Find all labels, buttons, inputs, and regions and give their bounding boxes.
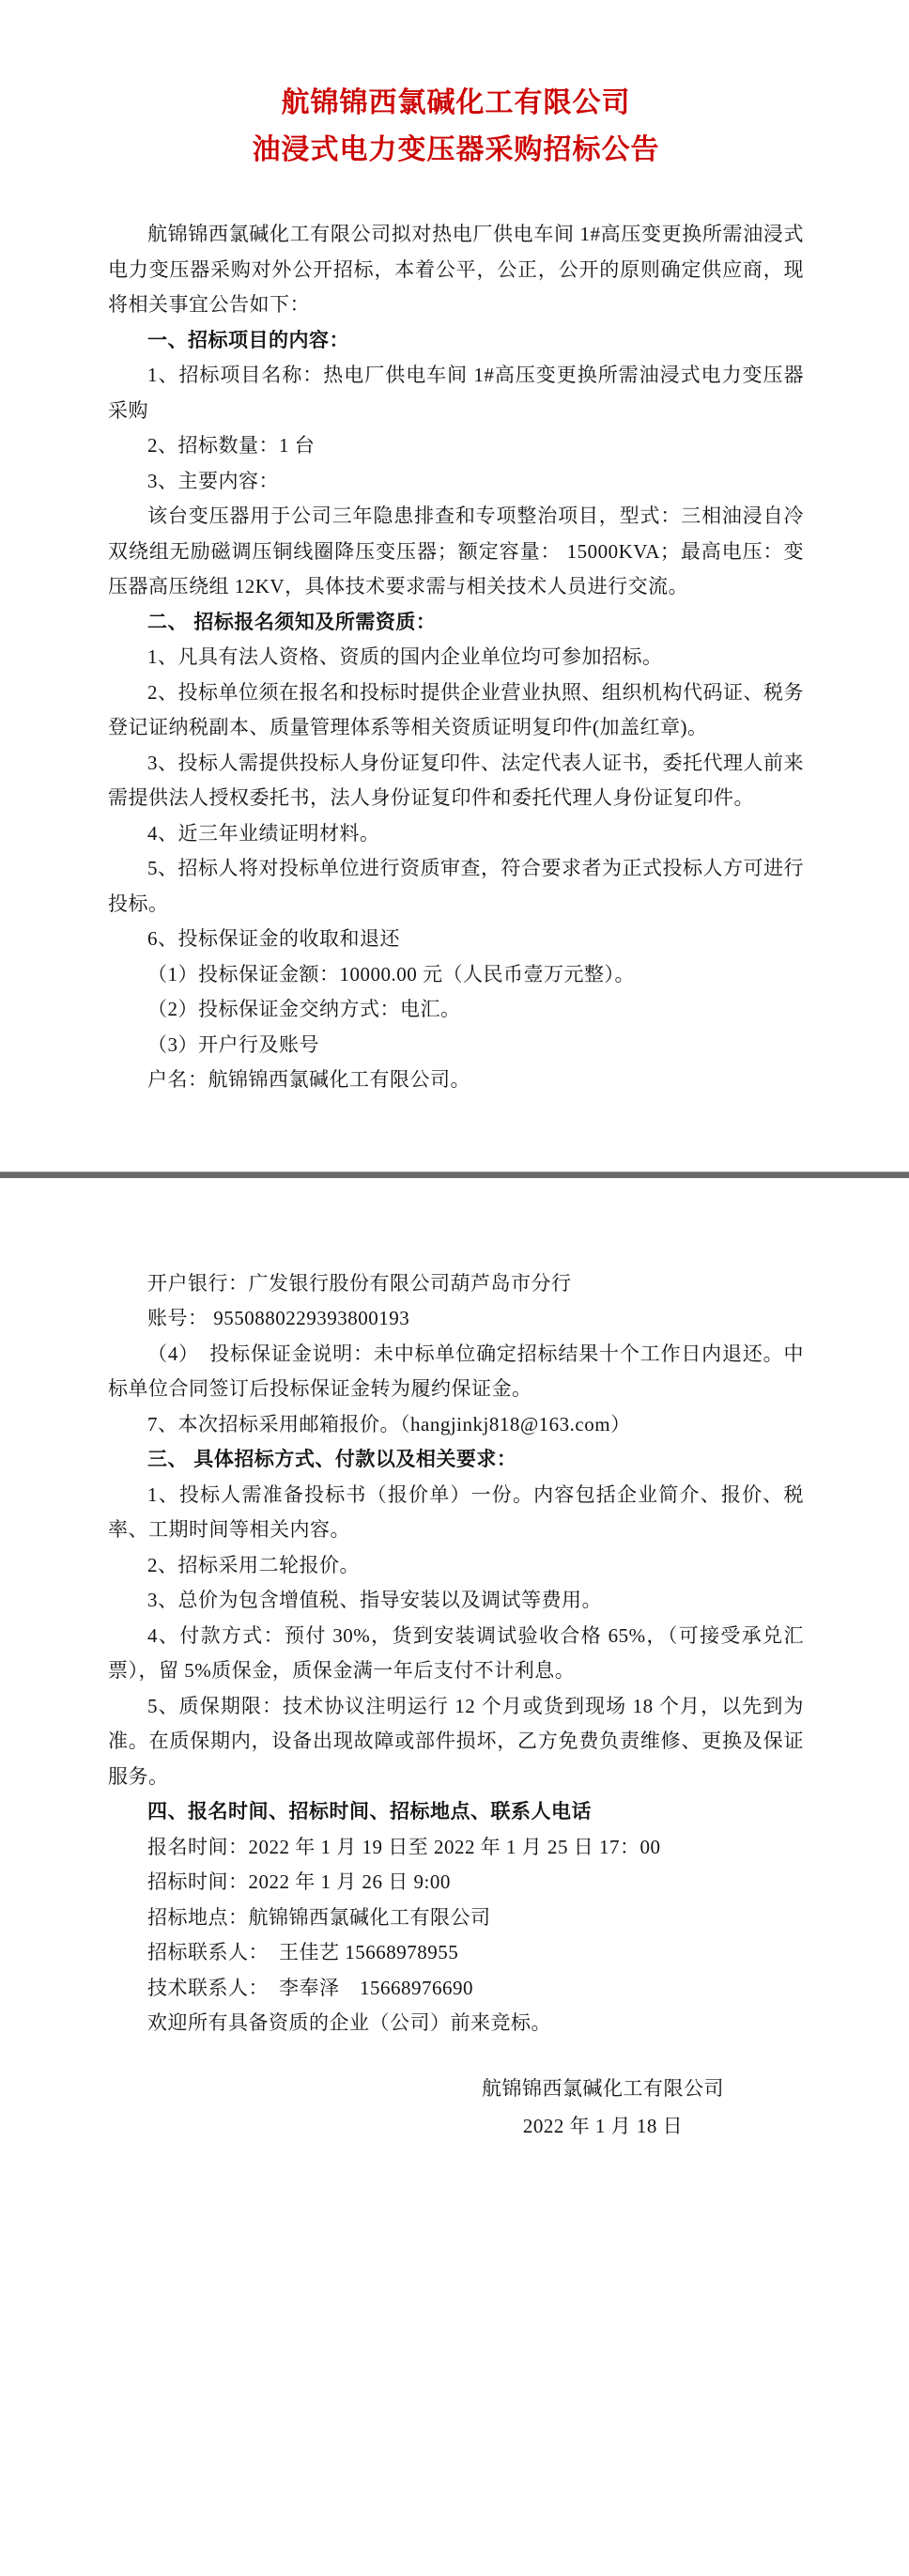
section-heading: 一、招标项目的内容： bbox=[108, 323, 804, 359]
paragraph: 欢迎所有具备资质的企业（公司）前来竞标。 bbox=[108, 2006, 804, 2041]
paragraph: 2、招标数量：1 台 bbox=[108, 428, 804, 464]
title-line-2: 油浸式电力变压器采购招标公告 bbox=[108, 127, 804, 174]
paragraph: （2）投标保证金交纳方式：电汇。 bbox=[108, 992, 804, 1028]
paragraph: 4、付款方式：预付 30%，货到安装调试验收合格 65%，（可接受承兑汇票），留… bbox=[108, 1619, 804, 1689]
paragraph: （4） 投标保证金说明：未中标单位确定招标结果十个工作日内退还。中标单位合同签订… bbox=[108, 1337, 804, 1407]
paragraph: 该台变压器用于公司三年隐患排查和专项整治项目，型式：三相油浸自冷双绕组无励磁调压… bbox=[108, 499, 804, 605]
paragraph: 账号： 9550880229393800193 bbox=[108, 1301, 804, 1337]
page-1-body: 航锦锦西氯碱化工有限公司拟对热电厂供电车间 1#高压变更换所需油浸式电力变压器采… bbox=[108, 217, 804, 1098]
page-2-body: 开户银行：广发银行股份有限公司葫芦岛市分行账号： 955088022939380… bbox=[108, 1266, 804, 2041]
paragraph: 3、投标人需提供投标人身份证复印件、法定代表人证书，委托代理人前来需提供法人授权… bbox=[108, 746, 804, 816]
paragraph: 1、招标项目名称：热电厂供电车间 1#高压变更换所需油浸式电力变压器采购 bbox=[108, 358, 804, 428]
paragraph: 招标地点：航锦锦西氯碱化工有限公司 bbox=[108, 1901, 804, 1936]
paragraph: （1）投标保证金额：10000.00 元（人民币壹万元整）。 bbox=[108, 957, 804, 993]
document-title: 航锦锦西氯碱化工有限公司 油浸式电力变压器采购招标公告 bbox=[108, 80, 804, 174]
paragraph: 4、近三年业绩证明材料。 bbox=[108, 816, 804, 852]
paragraph: 7、本次招标采用邮箱报价。（hangjinkj818@163.com） bbox=[108, 1407, 804, 1443]
paragraph: 招标联系人： 王佳艺 15668978955 bbox=[108, 1935, 804, 1971]
section-heading: 三、 具体招标方式、付款以及相关要求： bbox=[108, 1442, 804, 1478]
paragraph: 技术联系人： 李奉泽 15668976690 bbox=[108, 1971, 804, 2007]
title-line-1: 航锦锦西氯碱化工有限公司 bbox=[108, 80, 804, 127]
paragraph: 2、投标单位须在报名和投标时提供企业营业执照、组织机构代码证、税务登记证纳税副本… bbox=[108, 675, 804, 746]
document-content: 航锦锦西氯碱化工有限公司 油浸式电力变压器采购招标公告 航锦锦西氯碱化工有限公司… bbox=[0, 80, 909, 2145]
paragraph: 2、招标采用二轮报价。 bbox=[108, 1548, 804, 1584]
paragraph: 3、总价为包含增值税、指导安装以及调试等费用。 bbox=[108, 1583, 804, 1619]
paragraph: 1、投标人需准备投标书（报价单）一份。内容包括企业简介、报价、税率、工期时间等相… bbox=[108, 1478, 804, 1548]
paragraph: 5、招标人将对投标单位进行资质审查，符合要求者为正式投标人方可进行投标。 bbox=[108, 851, 804, 922]
paragraph: 开户银行：广发银行股份有限公司葫芦岛市分行 bbox=[108, 1266, 804, 1302]
paragraph: 航锦锦西氯碱化工有限公司拟对热电厂供电车间 1#高压变更换所需油浸式电力变压器采… bbox=[108, 217, 804, 323]
paragraph: 报名时间：2022 年 1 月 19 日至 2022 年 1 月 25 日 17… bbox=[108, 1830, 804, 1866]
section-heading: 二、 招标报名须知及所需资质： bbox=[108, 605, 804, 641]
paragraph: 户名：航锦锦西氯碱化工有限公司。 bbox=[108, 1063, 804, 1098]
signature-company: 航锦锦西氯碱化工有限公司 bbox=[482, 2070, 724, 2107]
paragraph: 招标时间：2022 年 1 月 26 日 9:00 bbox=[108, 1865, 804, 1901]
paragraph: 1、凡具有法人资格、资质的国内企业单位均可参加招标。 bbox=[108, 640, 804, 675]
signature-date: 2022 年 1 月 18 日 bbox=[482, 2107, 724, 2145]
paragraph: （3）开户行及账号 bbox=[108, 1028, 804, 1063]
page-separator bbox=[0, 1172, 909, 1178]
paragraph: 5、质保期限：技术协议注明运行 12 个月或货到现场 18 个月，以先到为准。在… bbox=[108, 1689, 804, 1795]
signature-block: 航锦锦西氯碱化工有限公司 2022 年 1 月 18 日 bbox=[482, 2070, 724, 2145]
section-heading: 四、报名时间、招标时间、招标地点、联系人电话 bbox=[108, 1794, 804, 1830]
paragraph: 3、主要内容： bbox=[108, 464, 804, 500]
document-page: 航锦锦西氯碱化工有限公司 油浸式电力变压器采购招标公告 航锦锦西氯碱化工有限公司… bbox=[0, 0, 909, 2576]
paragraph: 6、投标保证金的收取和退还 bbox=[108, 922, 804, 957]
